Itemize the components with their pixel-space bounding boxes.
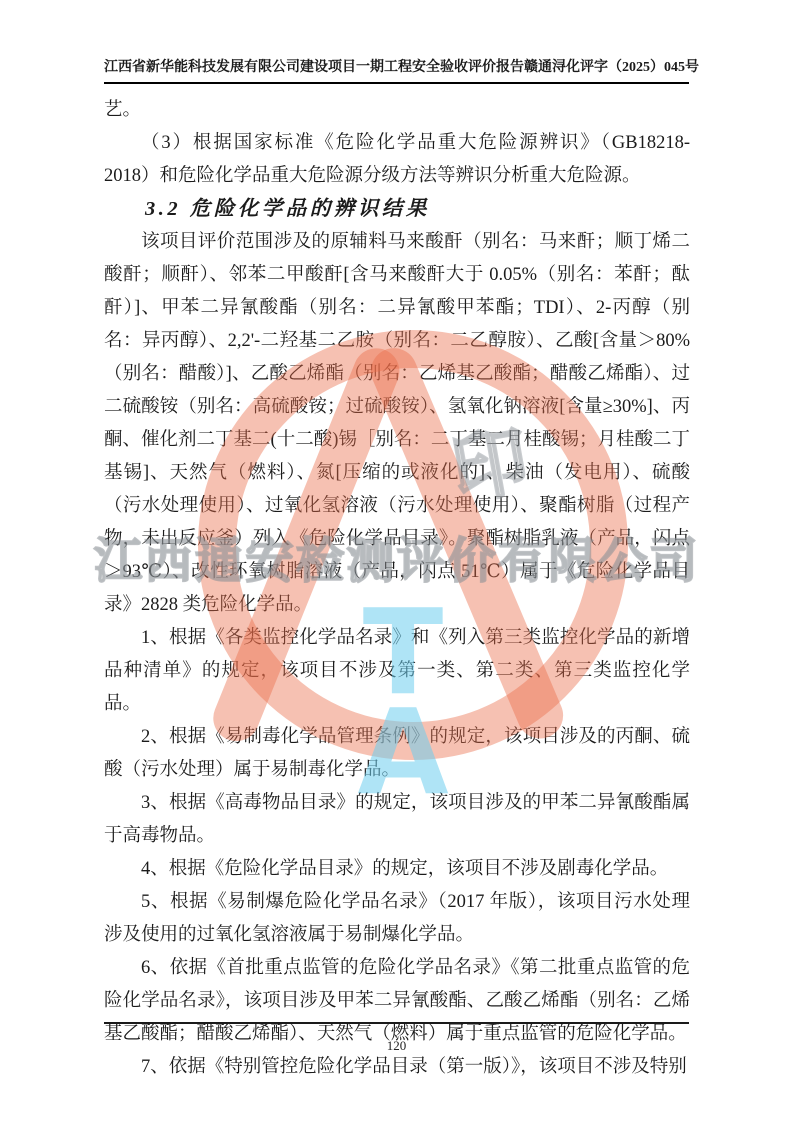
paragraph-continuation: 艺。 <box>104 94 690 127</box>
footer-divider <box>104 1022 689 1024</box>
document-page: T A 印 江西通安检测评价有限公司 江西省新华能科技发展有限公司建设项目一期工… <box>0 0 793 1122</box>
page-number: 120 <box>0 1038 793 1054</box>
list-item: 7、依据《特别管控危险化学品目录（第一版）》，该项目不涉及特别 <box>104 1051 690 1084</box>
page-header: 江西省新华能科技发展有限公司建设项目一期工程安全验收评价报告 赣通浔化评字（20… <box>104 56 689 84</box>
section-heading: 3.2 危险化学品的辨识结果 <box>104 193 690 226</box>
list-item: 1、根据《各类监控化学品名录》和《列入第三类监控化学品的新增品种清单》的规定，该… <box>104 622 690 721</box>
paragraph-main: 该项目评价范围涉及的原辅料马来酸酐（别名：马来酐；顺丁烯二酸酐；顺酐）、邻苯二甲… <box>104 226 690 622</box>
list-item: 5、根据《易制爆危险化学品名录》（2017 年版），该项目污水处理涉及使用的过氧… <box>104 886 690 952</box>
list-item: 4、根据《危险化学品目录》的规定，该项目不涉及剧毒化学品。 <box>104 853 690 886</box>
list-item: 2、根据《易制毒化学品管理条例》的规定，该项目涉及的丙酮、硫酸（污水处理）属于易… <box>104 721 690 787</box>
list-item: 6、依据《首批重点监管的危险化学品名录》《第二批重点监管的危险化学品名录》，该项… <box>104 952 690 1051</box>
paragraph-item-3: （3）根据国家标准《危险化学品重大危险源辨识》（GB18218-2018）和危险… <box>104 127 690 193</box>
header-report-title: 江西省新华能科技发展有限公司建设项目一期工程安全验收评价报告 <box>104 56 524 76</box>
header-doc-number: 赣通浔化评字（2025）045号 <box>524 56 699 76</box>
list-item: 3、根据《高毒物品目录》的规定，该项目涉及的甲苯二异氰酸酯属于高毒物品。 <box>104 787 690 853</box>
document-body: 艺。 （3）根据国家标准《危险化学品重大危险源辨识》（GB18218-2018）… <box>104 94 690 1084</box>
